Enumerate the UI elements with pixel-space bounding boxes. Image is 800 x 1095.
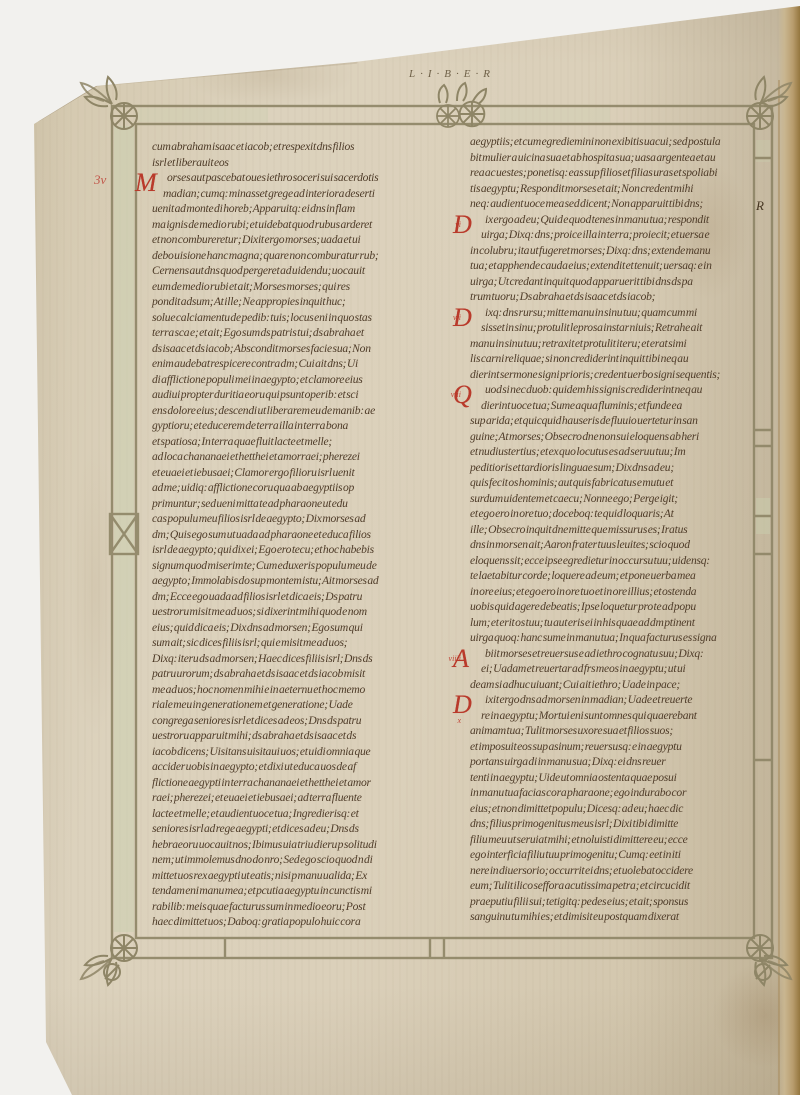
text-line: gyptioru; et educerem de terra illa in t… — [152, 418, 455, 434]
text-line: et ego ero in ore tuo; doceboq: te quid … — [470, 506, 770, 522]
text-line: patru urorum; ds abraha et ds isaac et d… — [152, 666, 455, 682]
text-line: terra sca e; et ait; Ego sum ds patris t… — [152, 325, 455, 341]
text-line: uirga quoq: hanc sume in manu tua; In qu… — [470, 630, 770, 646]
text-line: audiui propter duritia eoru qui psunt op… — [152, 387, 455, 403]
text-line: eius; quid dica eis; Dix dns ad morsen; … — [152, 620, 455, 636]
text-line: biit morses et reuersus e ad iethro cogn… — [470, 646, 770, 662]
text-line: et imposuit eos sup asinum; reuersusq: e… — [470, 739, 770, 755]
text-column-right: aegyptiis; et cum egrediemini non exibit… — [470, 134, 770, 925]
rubric-initial: Q — [453, 380, 481, 409]
text-line: guine; At morses; Obsecro dne non sui el… — [470, 429, 770, 445]
text-line: enim audebat respicere contra dm; Cui ai… — [152, 356, 455, 372]
text-line: et spatiosa; In terra quae fluit lacte e… — [152, 434, 455, 450]
text-line: dns; filius primogenitus meus isrl; Dixi… — [470, 816, 770, 832]
text-line: dierint uoce tua; Sume aqua fluminis; et… — [470, 398, 770, 414]
text-line: deam si adhuc uiuant; Cui ait iethro; Ua… — [470, 677, 770, 693]
text-line: congrega seniores isrl et dices ad eos; … — [152, 713, 455, 729]
text-line: peditioris et tardioris linguae sum; Dix… — [470, 460, 770, 476]
text-line: uod si nec duob: quidem his signis credi… — [470, 382, 770, 398]
text-line: iacob dicens; Uisitans uisitaui uos; et … — [152, 744, 455, 760]
rubric-initial: D — [453, 210, 481, 239]
text-line: tis aegyptu; Respondit morses et ait; No… — [470, 181, 770, 197]
running-title: L·I·B·E·R — [392, 68, 512, 80]
text-line: nem; ut immolemus dno do nro; Sed ego sc… — [152, 852, 455, 868]
text-line: cum abraham isaac et iacob; et respexit … — [152, 139, 455, 155]
text-line: ds isaac et ds iacob; Abscondit morses f… — [152, 341, 455, 357]
text-line: isrl et liberauit eos — [152, 155, 455, 171]
text-line: animam tua; Tulit morses uxore sua et fi… — [470, 723, 770, 739]
text-line: ens dolore eius; descendi ut liberarem e… — [152, 403, 455, 419]
text-line: et non combureretur; Dixit ergo morses; … — [152, 232, 455, 248]
text-line: in ore eius; et ego ero in ore tuo et in… — [470, 584, 770, 600]
rubric-initial: A — [453, 644, 481, 673]
text-line: hebraeoru uocauit nos; Ibimus uia triu d… — [152, 837, 455, 853]
text-line: dm; Ecce ego uada ad filios isrl et dica… — [152, 589, 455, 605]
text-line: raei; pherezei; et euaei et iebusaei; ad… — [152, 790, 455, 806]
text-line: quis fecit os hominis; aut quis fabricat… — [470, 475, 770, 491]
text-line: ille; Obsecro inquit dne mitte que missu… — [470, 522, 770, 538]
text-column-left: cum abraham isaac et iacob; et respexit … — [152, 139, 455, 930]
text-line: rea ac uestes; ponetisq: eas sup filios … — [470, 165, 770, 181]
text-line: aegyptiis; et cum egrediemini non exibit… — [470, 134, 770, 150]
text-line: me ad uos; hoc nomen mihi e in aeternu e… — [152, 682, 455, 698]
text-line: surdum uidentem et caecu; Nonne ego; Per… — [470, 491, 770, 507]
text-line: accider uobis in aegypto; et dixi ut edu… — [152, 759, 455, 775]
text-line: orses aut pascebat oues iethro soceri su… — [152, 170, 455, 186]
text-line: haec dimittet uos; Daboq: gratia populo … — [152, 914, 455, 930]
text-line: seniores isrl ad rege aegypti; et dices … — [152, 821, 455, 837]
text-line: eloquens sit; ecce ipse egredietur in oc… — [470, 553, 770, 569]
text-line: sanguinu tu mihi es; et dimisit eu postq… — [470, 909, 770, 925]
text-line: uirga; Dixq: dns; proice illa in terra; … — [470, 227, 770, 243]
text-line: in colubru; ita ut fugeret morses; Dixq:… — [470, 243, 770, 259]
text-line: tenti in aegyptu; Uide ut omnia ostenta … — [470, 770, 770, 786]
text-line: ix ergo ad eu; Quid e quod tenes in manu… — [470, 212, 770, 228]
text-line: ego interficia filiu tuu primogenitu; Cu… — [470, 847, 770, 863]
text-line: manu in sinu tuu; retraxit et protulit i… — [470, 336, 770, 352]
text-line: dns in morsen ait; Aaron frater tuus leu… — [470, 537, 770, 553]
manuscript-photo: { "palette": { "photo_background": "#f2f… — [0, 0, 800, 1095]
text-line: Cernens aut dns quod pergeret ad uidendu… — [152, 263, 455, 279]
text-line: bit mulier a uicina sua et ab hospita su… — [470, 150, 770, 166]
text-line: re in aegyptu; Mortui eni sunt omnes qui… — [470, 708, 770, 724]
text-line: sisset in sinu; protulit leprosa instar … — [470, 320, 770, 336]
text-line: et nudiustertius; et ex quo locutus es a… — [470, 444, 770, 460]
text-line: rabilib: meis quae facturus sum in medio… — [152, 899, 455, 915]
text-line: pondit adsum; At ille; Ne appropies inqu… — [152, 294, 455, 310]
text-line: in manu tua facias cora pharaone; ego in… — [470, 785, 770, 801]
text-line: trum tuoru; Ds abraha et ds isaac et ds … — [470, 289, 770, 305]
rubric-initial: D — [453, 690, 481, 719]
text-line: nere in diuersorio; occurrit ei dns; et … — [470, 863, 770, 879]
text-line: tua; et apphende cauda eius; extendit et… — [470, 258, 770, 274]
text-line: cas populu meu filios isrl de aegypto; D… — [152, 511, 455, 527]
text-line: neq: audient uoce mea sed dicent; Non ap… — [470, 196, 770, 212]
text-line: et euaei et iebusaei; Clamor ergo filior… — [152, 465, 455, 481]
text-line: sup arida; et quicquid hauseris de fluui… — [470, 413, 770, 429]
text-line: mittet uos rex aegypti ut eatis; nisi p … — [152, 868, 455, 884]
text-line: te laetabitur corde; loquere ad eum; et … — [470, 568, 770, 584]
text-line: uestroru apparuit mihi; ds abraha et ds … — [152, 728, 455, 744]
margin-mark: R — [756, 199, 764, 213]
text-line: di afflictione populi mei in aegypto; et… — [152, 372, 455, 388]
text-line: dm; Quis ego sum ut uada ad pharaone et … — [152, 527, 455, 543]
text-line: madian; cumq: minasset grege ad interior… — [152, 186, 455, 202]
text-line: tendam eni manu mea; et pcutia aegyptu i… — [152, 883, 455, 899]
text-line: ma ignis de medio rubi; et uidebat quod … — [152, 217, 455, 233]
text-line: isrl de aegypto; qui dix ei; Ego ero tec… — [152, 542, 455, 558]
text-line: sum ait; sic dices filiis isrl; qui e mi… — [152, 635, 455, 651]
text-line: aegypto; Immolabis do sup montem istu; A… — [152, 573, 455, 589]
text-line: signum quod miserim te; Cum eduxeris pop… — [152, 558, 455, 574]
text-line: eum; Tulit ilico seffora acutissima petr… — [470, 878, 770, 894]
text-line: ad me; uidiq: afflictione coru qua ab ae… — [152, 480, 455, 496]
text-line: ixq: dns rursu; mitte manu in sinu tuu; … — [470, 305, 770, 321]
rubric-initial: M — [135, 168, 163, 197]
rubric-initial: D — [453, 303, 481, 332]
text-line: uestroru misit me ad uos; si dixerint mi… — [152, 604, 455, 620]
text-line: portans uirga di in manu sua; Dixq: ei d… — [470, 754, 770, 770]
text-line: primuntur; sed ueni mitta te ad pharaone… — [152, 496, 455, 512]
text-line: uenit ad monte di horeb; Apparuitq: ei d… — [152, 201, 455, 217]
text-line: filiu meu ut seruiat mihi; et noluisti d… — [470, 832, 770, 848]
folio-mark: 3v — [94, 173, 106, 187]
text-line: lacte et melle; et audient uoce tua; Ing… — [152, 806, 455, 822]
text-line: uirga; Ut credant inquit quod apparuerit… — [470, 274, 770, 290]
text-line: dierint sermone signi prioris; credent u… — [470, 367, 770, 383]
text-line: riale meu in generationem et generatione… — [152, 697, 455, 713]
text-line: eum de medio rubi et ait; Morses morses;… — [152, 279, 455, 295]
text-line: solue calciamentu de pedib: tuis; locus … — [152, 310, 455, 326]
text-line: lum; et erit os tuu; tu aut eris ei in h… — [470, 615, 770, 631]
text-line: ad loca chananaei et hetthei et amorraei… — [152, 449, 455, 465]
text-line: Dixq: iteru ds ad morsen; Haec dices fil… — [152, 651, 455, 667]
text-line: ei; Uadam et reuertar ad frs meos in aeg… — [470, 661, 770, 677]
text-line: flictione aegypti in terra chananaei et … — [152, 775, 455, 791]
text-line: uobis quid agere debeatis; Ipse loquetur… — [470, 599, 770, 615]
text-line: ixit ergo dns ad morsen in madian; Uade … — [470, 692, 770, 708]
text-line: debo uisione hanc magna; quare non combu… — [152, 248, 455, 264]
text-line: praeputiu filii sui; tetigitq: pedes eiu… — [470, 894, 770, 910]
text-line: eius; et non dimittet populu; Dicesq: ad… — [470, 801, 770, 817]
text-line: lis carni reliquae; si non crediderint i… — [470, 351, 770, 367]
